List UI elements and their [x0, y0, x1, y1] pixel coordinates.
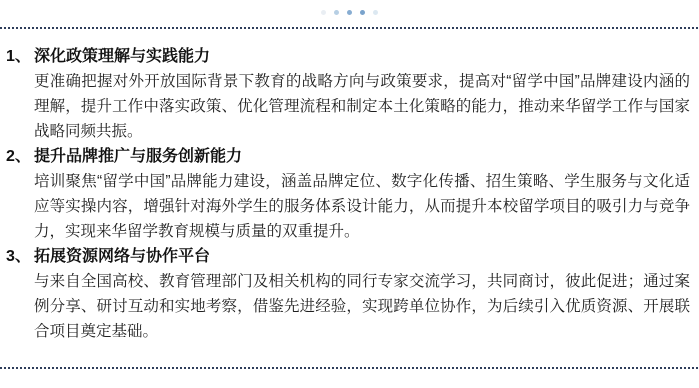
section-2: 2、 提升品牌推广与服务创新能力 培训聚焦“留学中国”品牌能力建设，涵盖品牌定位…	[6, 144, 690, 244]
content-area: 1、 深化政策理解与实践能力 更准确把握对外开放国际背景下教育的战略方向与政策要…	[6, 44, 690, 344]
section-1-number: 1、	[6, 44, 34, 69]
section-2-number: 2、	[6, 144, 34, 169]
section-2-body: 培训聚焦“留学中国”品牌能力建设，涵盖品牌定位、数字化传播、招生策略、学生服务与…	[34, 169, 690, 244]
pagination-dots	[0, 9, 699, 15]
pagination-dot-1[interactable]	[321, 10, 326, 15]
section-3-heading: 3、 拓展资源网络与协作平台	[6, 244, 690, 269]
section-1-heading: 1、 深化政策理解与实践能力	[6, 44, 690, 69]
pagination-dot-5[interactable]	[373, 10, 378, 15]
section-3-body: 与来自全国高校、教育管理部门及相关机构的同行专家交流学习，共同商讨，彼此促进；通…	[34, 269, 690, 344]
section-1-title: 深化政策理解与实践能力	[34, 44, 690, 69]
section-2-title: 提升品牌推广与服务创新能力	[34, 144, 690, 169]
bottom-dotted-divider	[0, 367, 699, 369]
section-3-number: 3、	[6, 244, 34, 269]
section-1: 1、 深化政策理解与实践能力 更准确把握对外开放国际背景下教育的战略方向与政策要…	[6, 44, 690, 144]
document-page: 1、 深化政策理解与实践能力 更准确把握对外开放国际背景下教育的战略方向与政策要…	[0, 0, 699, 388]
pagination-dot-4[interactable]	[360, 10, 365, 15]
pagination-dot-2[interactable]	[334, 10, 339, 15]
section-2-heading: 2、 提升品牌推广与服务创新能力	[6, 144, 690, 169]
section-3-title: 拓展资源网络与协作平台	[34, 244, 690, 269]
top-dotted-divider	[0, 27, 699, 29]
section-1-body: 更准确把握对外开放国际背景下教育的战略方向与政策要求，提高对“留学中国”品牌建设…	[34, 69, 690, 144]
pagination-dot-3[interactable]	[347, 10, 352, 15]
section-3: 3、 拓展资源网络与协作平台 与来自全国高校、教育管理部门及相关机构的同行专家交…	[6, 244, 690, 344]
